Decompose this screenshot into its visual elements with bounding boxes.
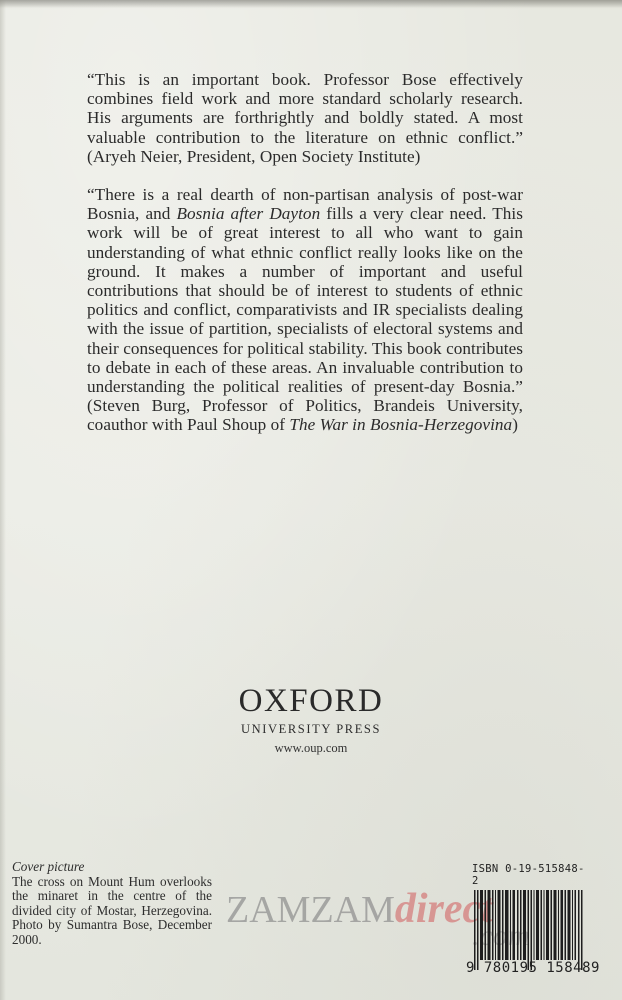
barcode: 9 780195 158489 [474,890,584,974]
blurb-text-part: fills a very clear need. This work will … [87,204,523,434]
blurb-closing: ) [512,415,518,434]
left-edge-shadow [0,0,6,1000]
review-blurb-burg: “There is a real dearth of non-partisan … [87,185,523,435]
publisher-name: OXFORD [0,684,622,718]
cited-book-title: The War in Bosnia-Herzegovina [289,415,512,434]
book-title: Bosnia after Dayton [176,204,320,223]
barcode-icon [474,890,584,970]
review-blurb-neier: “This is an important book. Professor Bo… [87,70,523,166]
publisher-url: www.oup.com [0,740,622,756]
caption-label: Cover picture [12,860,212,875]
blurb-text: “This is an important book. Professor Bo… [87,70,523,166]
top-edge-shadow [0,0,622,8]
publisher-logo: OXFORD UNIVERSITY PRESS www.oup.com [0,684,622,756]
isbn-block: ISBN 0-19-515848-2 [468,863,588,974]
watermark-main: ZAMZAM [226,889,395,931]
publisher-subtitle: UNIVERSITY PRESS [0,721,622,737]
caption-text: The cross on Mount Hum overlooks the min… [12,874,212,947]
blurb-text: “There is a real dearth of non-partisan … [87,185,523,435]
barcode-digits: 9 780195 158489 [466,960,600,976]
watermark: ZAMZAMdirect .com [226,885,493,933]
isbn-label: ISBN 0-19-515848-2 [472,863,588,887]
cover-picture-caption: Cover picture The cross on Mount Hum ove… [12,860,212,948]
